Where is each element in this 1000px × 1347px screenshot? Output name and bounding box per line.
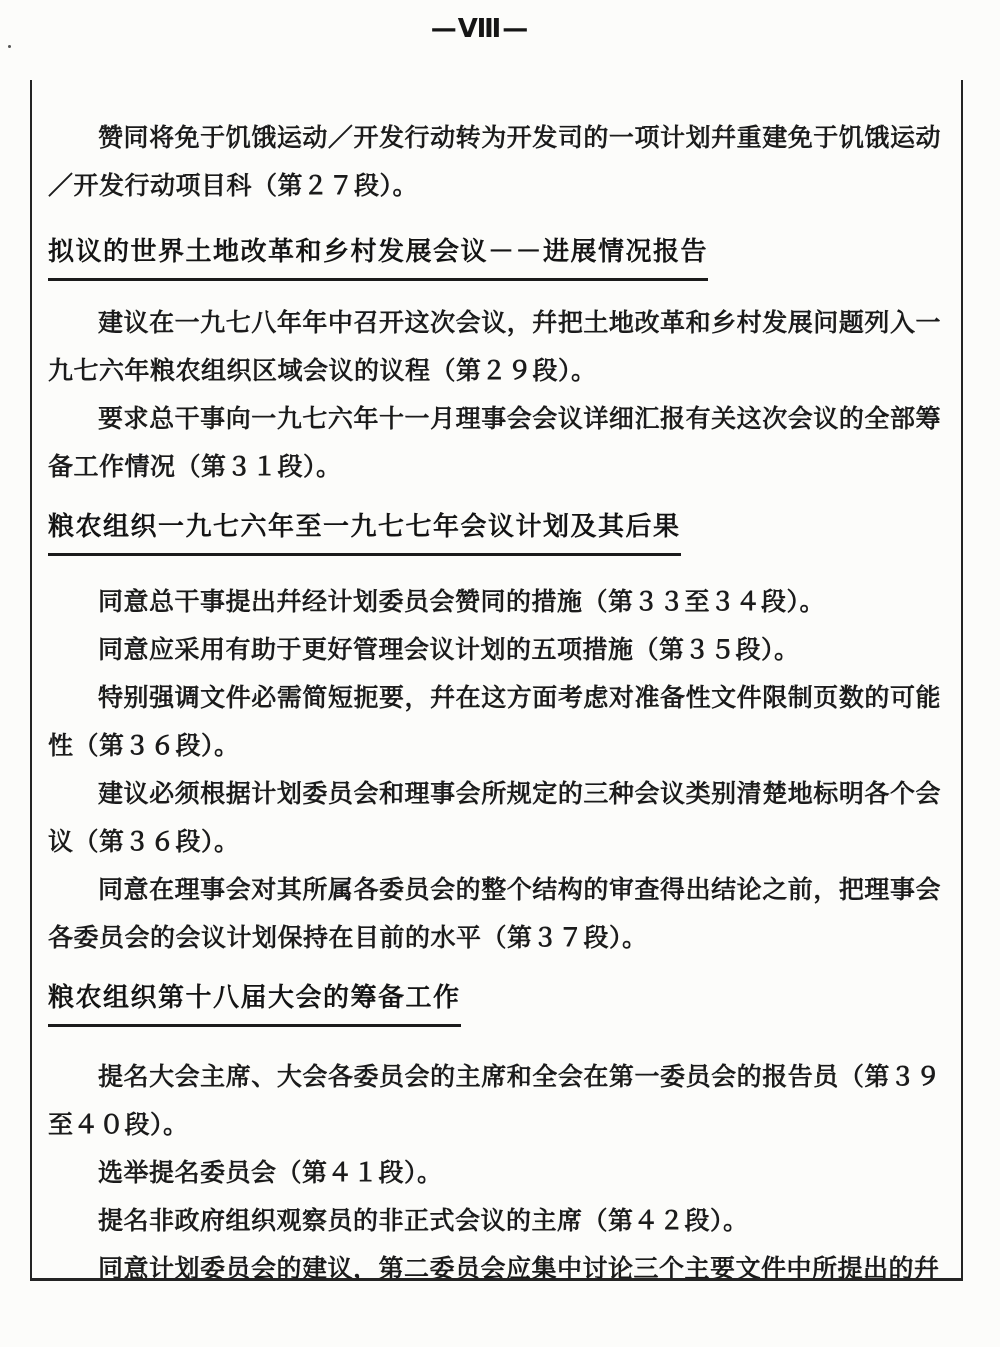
paragraph-five-measures: 同意应采用有助于更好管理会议计划的五项措施（第３５段）。 — [48, 626, 941, 674]
scan-speck — [8, 45, 11, 48]
document-page: —Ⅷ— 赞同将免于饥饿运动／开发行动转为开发司的一项计划幷重建免于饥饿运动／开发… — [0, 0, 1000, 1347]
section-heading-text: 粮农组织一九七六年至一九七七年会议计划及其后果 — [48, 507, 681, 556]
paragraph-nominate-chairmen: 提名大会主席、大会各委员会的主席和全会在第一委员会的报告员（第３９至４０段）。 — [48, 1053, 941, 1149]
paragraph-ffhc-transfer: 赞同将免于饥饿运动／开发行动转为开发司的一项计划幷重建免于饥饿运动／开发行动项目… — [48, 114, 941, 210]
paragraph-ngo-observers-chairman: 提名非政府组织观察员的非正式会议的主席（第４２段）。 — [48, 1197, 941, 1245]
paragraph-committee-schedule-level: 同意在理事会对其所属各委员会的整个结构的审查得出结论之前，把理事会各委员会的会议… — [48, 866, 941, 962]
paragraph-second-committee-documents: 同意计划委员会的建议，第二委员会应集中讨论三个主要文件中所提出的幷 — [48, 1245, 941, 1281]
paragraph-meeting-categories: 建议必须根据计划委员会和理事会所规定的三种会议类别清楚地标明各个会议（第３６段）… — [48, 770, 941, 866]
paragraph-agree-dg-measures: 同意总干事提出幷经计划委员会赞同的措施（第３３至３４段）。 — [48, 578, 941, 626]
paragraph-conference-1978: 建议在一九七八年年中召开这次会议，幷把土地改革和乡村发展问题列入一九七六年粮农组… — [48, 299, 941, 395]
section-heading-land-reform-conference: 拟议的世界土地改革和乡村发展会议－－进展情况报告 — [48, 232, 941, 281]
page-number: —Ⅷ— — [0, 14, 960, 44]
paragraph-concise-documents: 特别强调文件必需简短扼要，幷在这方面考虑对准备性文件限制页数的可能性（第３６段）… — [48, 674, 941, 770]
paragraph-dg-report-council: 要求总干事向一九七六年十一月理事会会议详细汇报有关这次会议的全部筹备工作情况（第… — [48, 395, 941, 491]
section-heading-18th-conference-prep: 粮农组织第十八届大会的筹备工作 — [48, 978, 941, 1027]
section-heading-text: 拟议的世界土地改革和乡村发展会议－－进展情况报告 — [48, 232, 708, 281]
content-frame: 赞同将免于饥饿运动／开发行动转为开发司的一项计划幷重建免于饥饿运动／开发行动项目… — [30, 80, 963, 1281]
section-heading-text: 粮农组织第十八届大会的筹备工作 — [48, 978, 461, 1027]
section-heading-meeting-programme: 粮农组织一九七六年至一九七七年会议计划及其后果 — [48, 507, 941, 556]
paragraph-elect-nominations-committee: 选举提名委员会（第４１段）。 — [48, 1149, 941, 1197]
